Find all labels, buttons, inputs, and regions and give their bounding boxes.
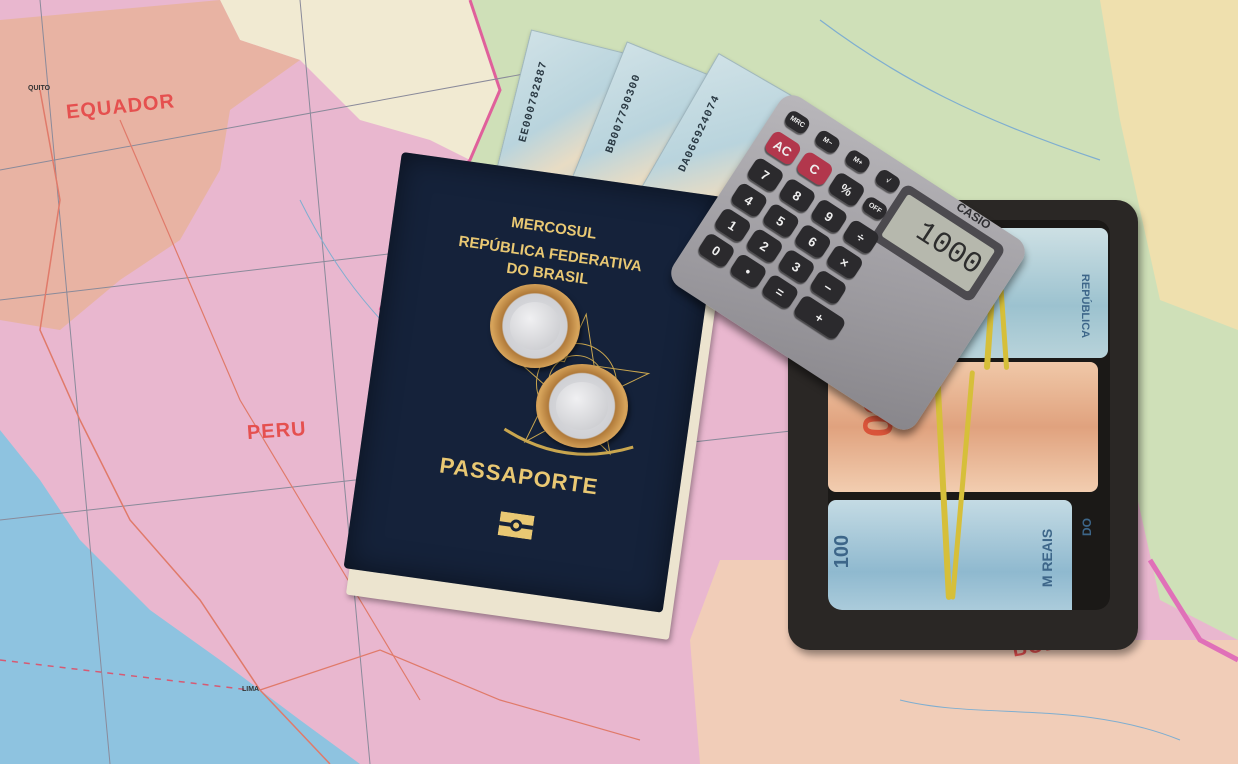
banknote-text: M REAIS (1039, 529, 1055, 587)
map-label-peru: PERU (246, 418, 307, 445)
passport: MERCOSUL REPÚBLICA FEDERATIVA DO BRASIL … (341, 152, 729, 634)
passport-cover: MERCOSUL REPÚBLICA FEDERATIVA DO BRASIL … (344, 152, 721, 613)
key-m-plus[interactable]: M+ (843, 148, 872, 175)
biometric-chip-icon (498, 511, 535, 539)
coin-one-real (536, 364, 628, 448)
key-c[interactable]: C (795, 150, 835, 188)
banknote-denomination-100: 100 (831, 535, 854, 568)
photo-scene: EQUADOR PERU BOLIVIA QUITO LIMA EE000782… (0, 0, 1238, 764)
key-percent[interactable]: % (827, 171, 867, 209)
map-label-quito: QUITO (28, 85, 50, 92)
banknote-text: DO (1080, 518, 1094, 536)
key-m-minus[interactable]: M− (813, 128, 842, 155)
coin-one-real (490, 284, 580, 368)
key-mrc[interactable]: MRC (783, 109, 812, 136)
key-plus[interactable]: + (792, 294, 847, 341)
key-sqrt[interactable]: √ (873, 167, 902, 194)
map-label-lima: LIMA (242, 686, 259, 693)
banknote-text: REPÚBLICA (1079, 274, 1091, 338)
key-ac[interactable]: AC (763, 129, 803, 167)
